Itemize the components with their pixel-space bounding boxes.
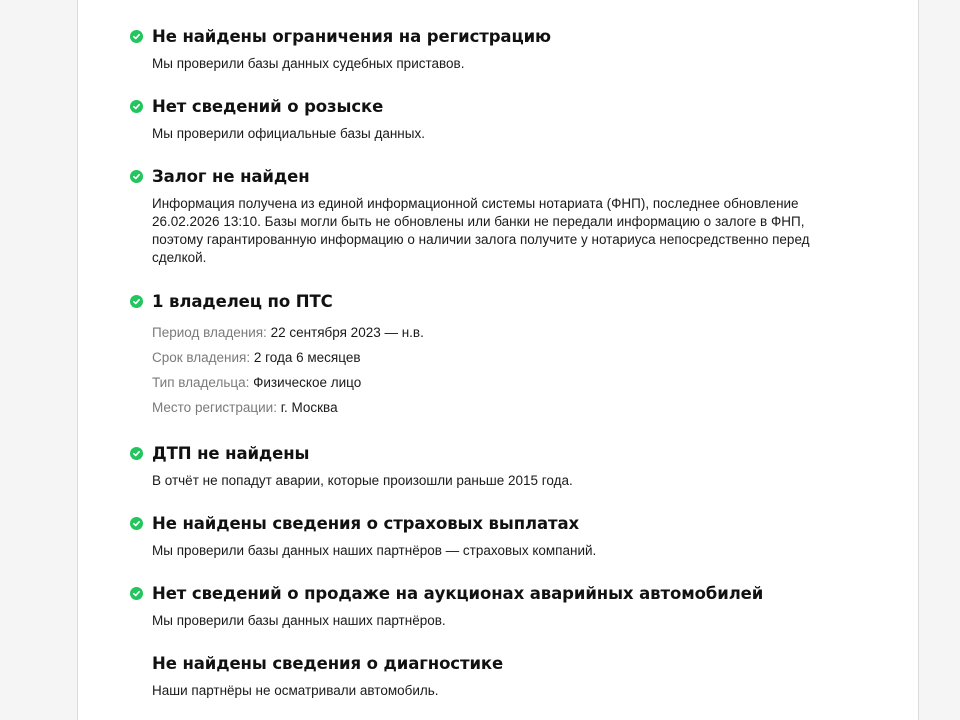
owner-detail-type: Тип владельца: Физическое лицо xyxy=(152,370,878,395)
owner-detail-duration: Срок владения: 2 года 6 месяцев xyxy=(152,345,878,370)
section-description: Наши партнёры не осматривали автомобиль. xyxy=(152,682,878,700)
check-circle-icon xyxy=(130,447,143,460)
check-circle-icon xyxy=(130,100,143,113)
check-accidents: ДТП не найдены В отчёт не попадут аварии… xyxy=(130,442,878,490)
check-circle-icon xyxy=(130,517,143,530)
section-title: Не найдены ограничения на регистрацию xyxy=(152,27,551,46)
section-description: Мы проверили официальные базы данных. xyxy=(152,125,878,143)
section-title: 1 владелец по ПТС xyxy=(152,292,333,311)
check-circle-icon xyxy=(130,170,143,183)
report-card: Не найдены ограничения на регистрацию Мы… xyxy=(77,0,919,720)
check-circle-icon xyxy=(130,587,143,600)
section-description: Информация получена из единой информацио… xyxy=(152,195,812,267)
section-title: ДТП не найдены xyxy=(152,444,309,463)
owner-detail-location: Место регистрации: г. Москва xyxy=(152,395,878,420)
section-description: Мы проверили базы данных судебных приста… xyxy=(152,55,878,73)
section-description: Мы проверили базы данных наших партнёров… xyxy=(152,612,878,630)
owner-detail-period: Период владения: 22 сентября 2023 — н.в. xyxy=(152,320,878,345)
check-registration-restrictions: Не найдены ограничения на регистрацию Мы… xyxy=(130,25,878,73)
owner-details: Период владения: 22 сентября 2023 — н.в.… xyxy=(130,320,878,420)
check-insurance-payouts: Не найдены сведения о страховых выплатах… xyxy=(130,512,878,560)
section-description: Мы проверили базы данных наших партнёров… xyxy=(152,542,878,560)
section-title: Не найдены сведения о страховых выплатах xyxy=(152,514,579,533)
section-description: В отчёт не попадут аварии, которые произ… xyxy=(152,472,878,490)
check-salvage-auctions: Нет сведений о продаже на аукционах авар… xyxy=(130,582,878,630)
section-title: Залог не найден xyxy=(152,167,310,186)
check-wanted: Нет сведений о розыске Мы проверили офиц… xyxy=(130,95,878,143)
check-pledge: Залог не найден Информация получена из е… xyxy=(130,165,878,267)
check-circle-icon xyxy=(130,295,143,308)
section-title: Нет сведений о продаже на аукционах авар… xyxy=(152,584,763,603)
section-title: Нет сведений о розыске xyxy=(152,97,383,116)
check-diagnostics: Не найдены сведения о диагностике Наши п… xyxy=(130,652,878,700)
check-owners: 1 владелец по ПТС Период владения: 22 се… xyxy=(130,290,878,420)
section-title: Не найдены сведения о диагностике xyxy=(152,654,503,673)
check-circle-icon xyxy=(130,30,143,43)
